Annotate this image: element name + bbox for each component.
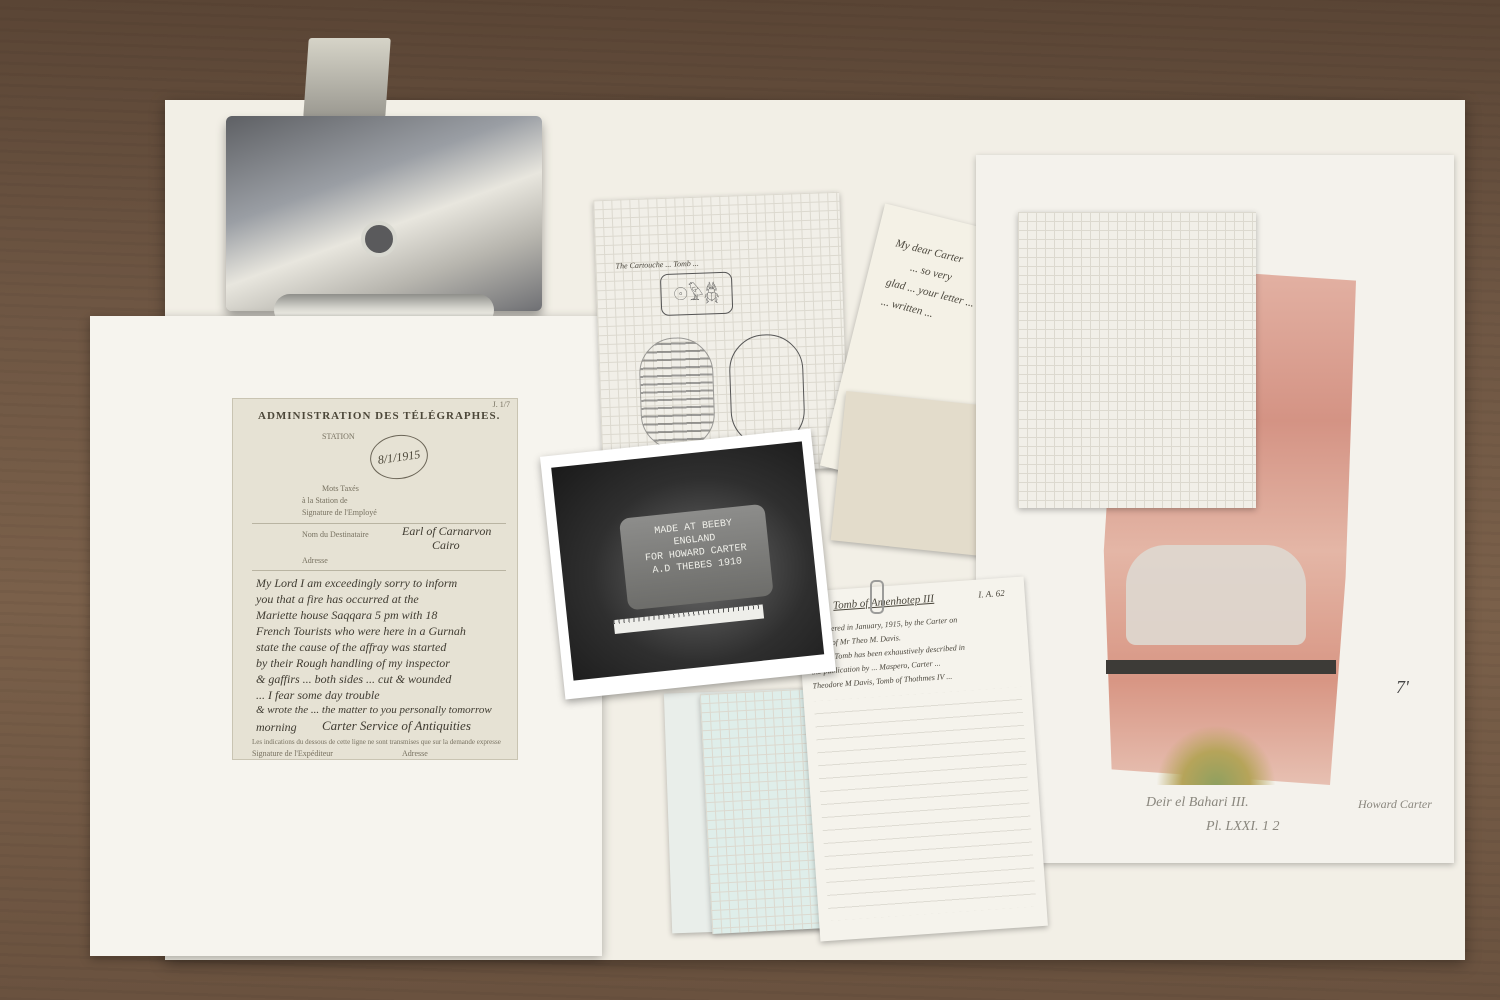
letter-line: ... so very — [909, 262, 953, 284]
plate-mark: 7' — [1396, 677, 1409, 698]
station-label: STATION — [322, 432, 355, 441]
message-line: state the cause of the affray was starte… — [256, 640, 446, 655]
message-line: & wrote the ... the matter to you person… — [256, 704, 492, 716]
silver-inkstand — [226, 106, 546, 320]
plate-caption: Deir el Bahari III. — [1146, 795, 1249, 811]
divider — [252, 570, 506, 571]
message-line: My Lord I am exceedingly sorry to inform — [256, 576, 457, 591]
painted-animal-figure — [1126, 545, 1306, 645]
sketch-title: The Cartouche ... Tomb ... — [615, 259, 699, 271]
footer-note: Les indications du dessous de cette lign… — [252, 738, 502, 746]
message-line: French Tourists who were here in a Gurna… — [256, 624, 466, 639]
mots-taxes-label: Mots Taxés — [322, 484, 359, 493]
telegram-signature: Carter Service of Antiquities — [322, 718, 471, 734]
brick-photograph: MADE AT BEEBY ENGLAND FOR HOWARD CARTER … — [540, 428, 836, 699]
paperclip — [870, 580, 884, 614]
letter-line: ... written ... — [880, 296, 934, 321]
expediteur-signature-label: Signature de l'Expéditeur — [252, 749, 333, 758]
message-line: by their Rough handling of my inspector — [256, 656, 450, 671]
pencil-tracing-sheet — [1018, 212, 1256, 508]
adresse-label: Adresse — [402, 749, 428, 758]
painted-plinth — [1106, 660, 1336, 674]
inkwell — [361, 221, 397, 257]
notes-page-ref: I. A. 62 — [978, 588, 1005, 600]
date-stamp: 8/1/1915 — [367, 431, 431, 483]
cartouche-drawing: 𓇳𓅱𓆣 — [660, 272, 733, 316]
artist-signature: Howard Carter — [1358, 797, 1432, 812]
station-field-label: à la Station de — [302, 496, 348, 505]
letter-line: My dear Carter — [894, 237, 964, 265]
painted-plant — [1156, 725, 1276, 785]
message-line: morning — [256, 720, 297, 735]
telegram-header: ADMINISTRATION DES TÉLÉGRAPHES. — [258, 410, 500, 422]
employe-signature-label: Signature de l'Employé — [302, 508, 377, 517]
recipient-city: Cairo — [432, 538, 460, 553]
message-line: Mariette house Saqqara 5 pm with 18 — [256, 608, 437, 623]
message-line: you that a fire has occurred at the — [256, 592, 419, 607]
address-label: Adresse — [302, 556, 328, 565]
scarab-base-drawing — [638, 336, 716, 451]
handwritten-notes-page: Tomb of Amenhotep III I. A. 62 Discovere… — [796, 576, 1048, 941]
recipient-name: Earl of Carnarvon — [402, 524, 491, 539]
inscribed-brick: MADE AT BEEBY ENGLAND FOR HOWARD CARTER … — [619, 504, 774, 611]
message-line: ... I fear some day trouble — [256, 688, 380, 703]
message-line: & gaffirs ... both sides ... cut & wound… — [256, 672, 451, 687]
inkwell-lid — [303, 38, 391, 118]
inkstand-base — [226, 116, 542, 311]
notes-text-body — [814, 687, 1037, 921]
telegram-page-ref: J. 1/7 — [493, 400, 510, 409]
telegram-document: ADMINISTRATION DES TÉLÉGRAPHES. J. 1/7 S… — [232, 398, 518, 760]
photo-image: MADE AT BEEBY ENGLAND FOR HOWARD CARTER … — [551, 441, 824, 680]
plate-number: Pl. LXXI. 1 2 — [1206, 819, 1280, 835]
recipient-label: Nom du Destinataire — [302, 530, 369, 539]
